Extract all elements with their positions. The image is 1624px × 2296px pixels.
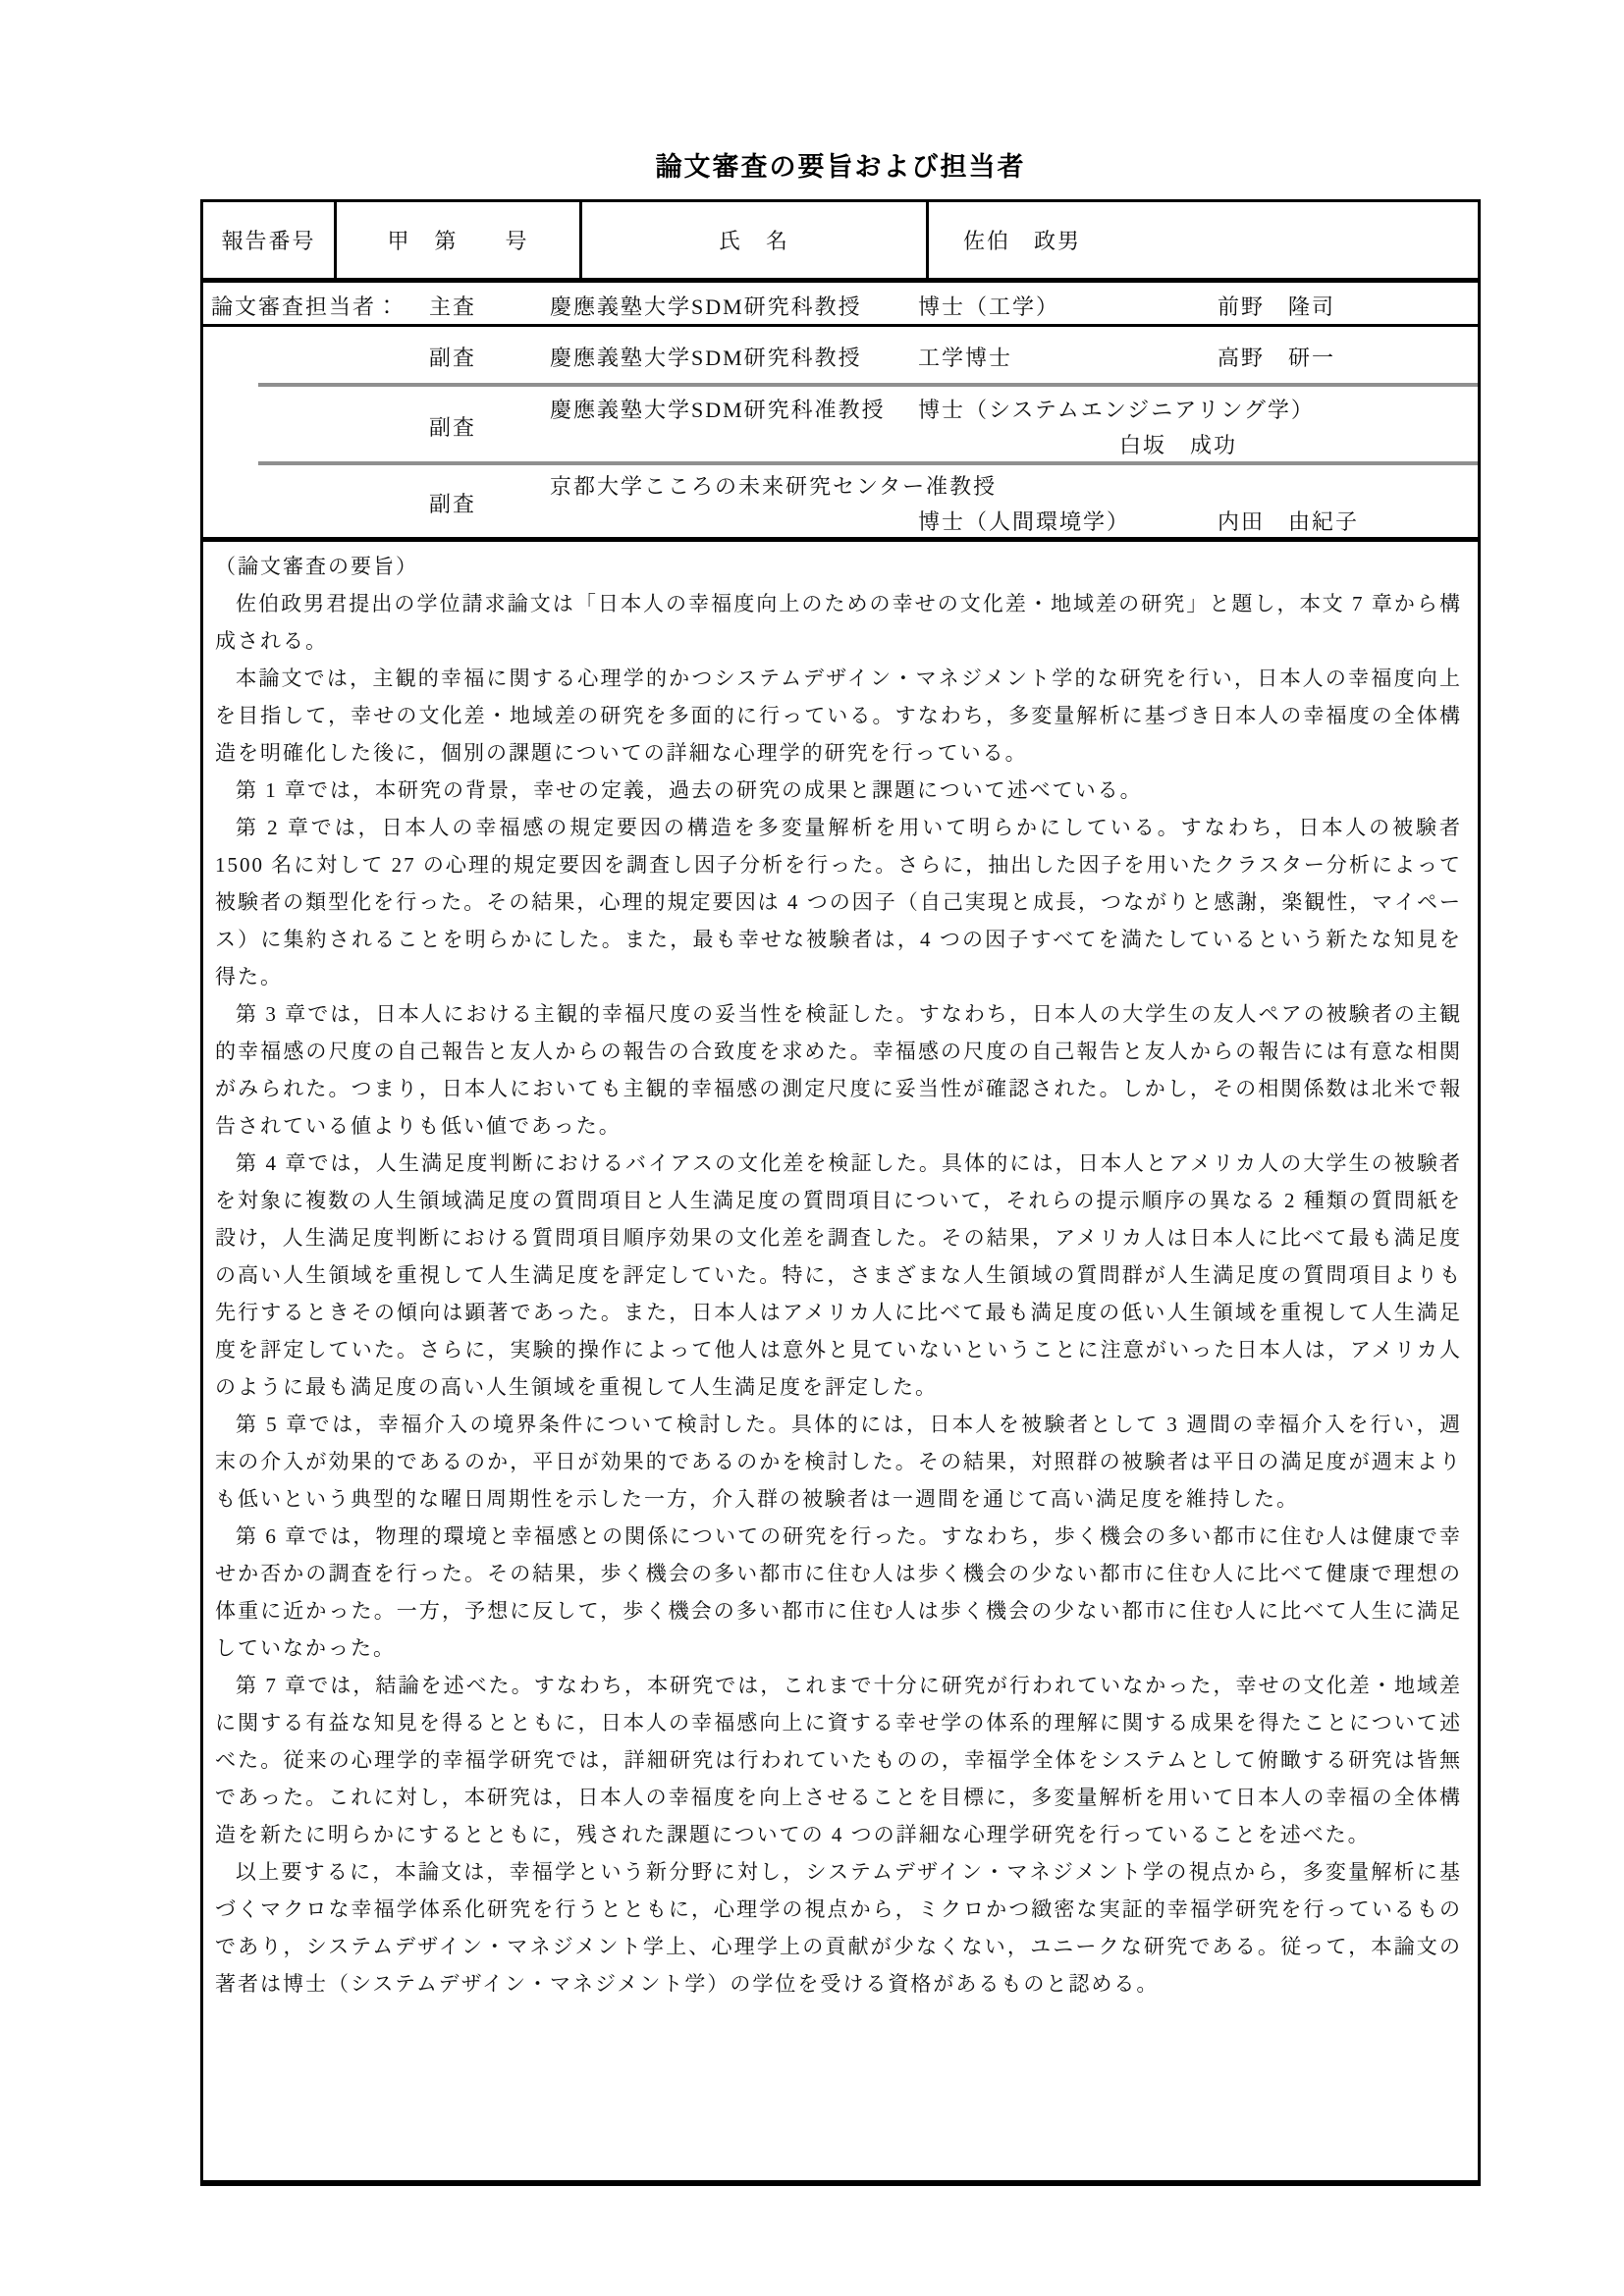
examiner-name: 内田 由紀子	[1218, 506, 1359, 536]
examiner-name: 高野 研一	[1218, 342, 1335, 372]
examiner-degree: 博士（システムエンジニアリング学）	[918, 394, 1315, 424]
examiner-row-deputy-1: 副査 慶應義塾大学SDM研究科教授 工学博士 高野 研一	[203, 327, 1478, 385]
report-number-value-cell: 甲 第 号	[337, 202, 582, 278]
summary-paragraph: 佐伯政男君提出の学位請求論文は「日本人の幸福度向上のための幸せの文化差・地域差の…	[215, 585, 1462, 660]
examiner-role: 副査	[429, 411, 476, 442]
report-frame: 報告番号 甲 第 号 氏 名 佐伯 政男 論文審査担当者： 主査 慶應義塾大学S…	[200, 199, 1481, 2186]
examiner-affiliation: 慶應義塾大学SDM研究科准教授	[550, 394, 886, 424]
examiner-degree: 工学博士	[918, 342, 1012, 372]
examiner-affiliation: 京都大学こころの未来研究センター准教授	[550, 470, 997, 501]
summary-paragraph: 第 5 章では，幸福介入の境界条件について検討した。具体的には，日本人を被験者と…	[215, 1406, 1462, 1518]
row-separator-line	[258, 461, 1478, 465]
examiner-row-chief: 論文審査担当者： 主査 慶應義塾大学SDM研究科教授 博士（工学） 前野 隆司	[203, 283, 1478, 327]
examiner-affiliation: 慶應義塾大学SDM研究科教授	[550, 291, 862, 321]
summary-paragraph: 第 7 章では，結論を述べた。すなわち，本研究では，これまで十分に研究が行われて…	[215, 1667, 1462, 1853]
examiner-row-deputy-3: 副査 京都大学こころの未来研究センター准教授 博士（人間環境学） 内田 由紀子	[203, 463, 1478, 542]
summary-heading: （論文審査の要旨）	[215, 548, 1462, 585]
examiner-role: 副査	[429, 488, 476, 518]
name-value-cell: 佐伯 政男	[929, 202, 1478, 278]
examiners-section-label: 論文審査担当者：	[211, 291, 400, 321]
examiner-role: 主査	[429, 291, 476, 321]
examiner-name: 白坂 成功	[1119, 429, 1237, 459]
examiner-row-deputy-2: 副査 慶應義塾大学SDM研究科准教授 博士（システムエンジニアリング学） 白坂 …	[203, 385, 1478, 463]
examiner-name: 前野 隆司	[1218, 291, 1335, 321]
summary-paragraph: 以上要するに，本論文は，幸福学という新分野に対し，システムデザイン・マネジメント…	[215, 1853, 1462, 2002]
examiner-degree: 博士（人間環境学）	[918, 506, 1130, 536]
summary-paragraph: 第 1 章では，本研究の背景，幸せの定義，過去の研究の成果と課題について述べてい…	[215, 772, 1462, 809]
name-label-cell: 氏 名	[582, 202, 929, 278]
summary-paragraph: 第 3 章では，日本人における主観的幸福尺度の妥当性を検証した。すなわち，日本人…	[215, 995, 1462, 1145]
document-page: 論文審査の要旨および担当者 報告番号 甲 第 号 氏 名 佐伯 政男 論文審査担…	[0, 0, 1624, 2296]
summary-paragraph: 第 2 章では，日本人の幸福感の規定要因の構造を多変量解析を用いて明らかにしてい…	[215, 809, 1462, 995]
examiner-affiliation: 慶應義塾大学SDM研究科教授	[550, 342, 862, 372]
row-separator-line	[258, 383, 1478, 387]
examiner-role: 副査	[429, 342, 476, 372]
summary-box: （論文審査の要旨） 佐伯政男君提出の学位請求論文は「日本人の幸福度向上のための幸…	[203, 542, 1478, 2175]
page-title: 論文審査の要旨および担当者	[200, 145, 1481, 184]
examiner-degree: 博士（工学）	[918, 291, 1059, 321]
header-row: 報告番号 甲 第 号 氏 名 佐伯 政男	[203, 202, 1478, 283]
summary-paragraph: 第 4 章では，人生満足度判断におけるバイアスの文化差を検証した。具体的には，日…	[215, 1145, 1462, 1406]
summary-paragraph: 第 6 章では，物理的環境と幸福感との関係についての研究を行った。すなわち，歩く…	[215, 1518, 1462, 1667]
report-number-label-cell: 報告番号	[203, 202, 337, 278]
summary-paragraph: 本論文では，主観的幸福に関する心理学的かつシステムデザイン・マネジメント学的な研…	[215, 660, 1462, 772]
